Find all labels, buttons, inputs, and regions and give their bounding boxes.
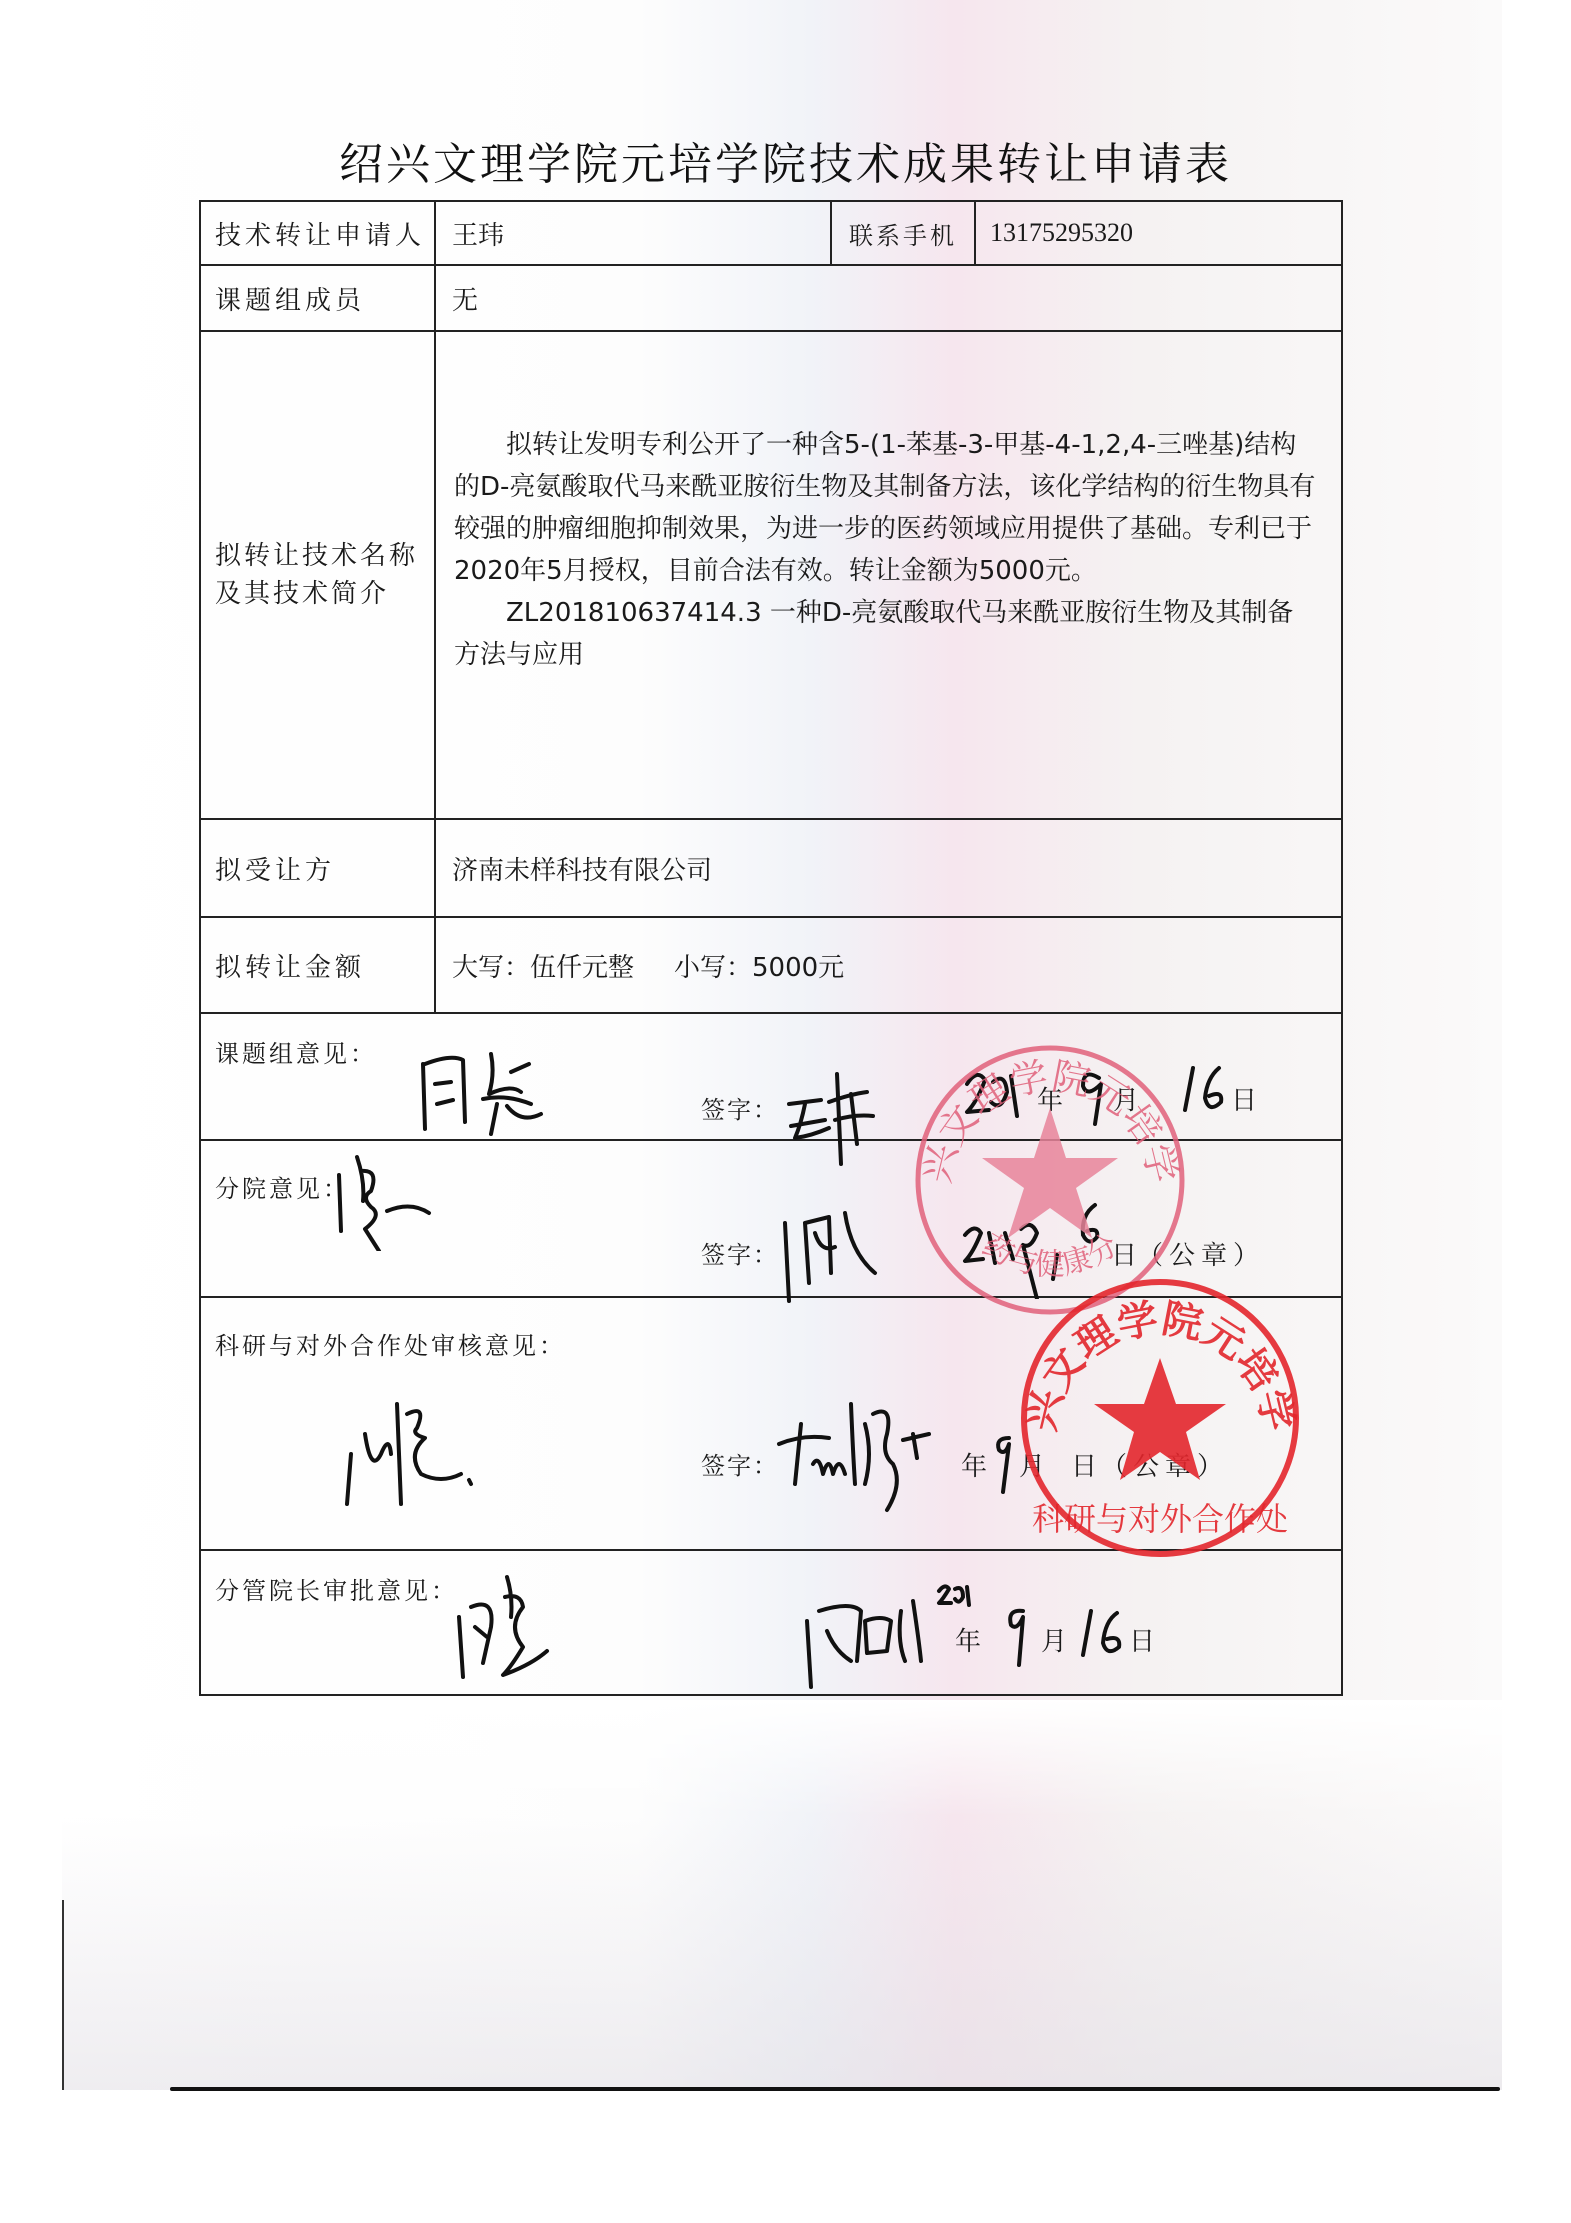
research-office-opinion-label: 科研与对外合作处审核意见： <box>215 1326 566 1361</box>
research-office-month-handwritten <box>989 1428 1019 1498</box>
team-day-unit: 日 <box>1231 1080 1257 1117</box>
paper-edge-bottom <box>170 2087 1500 2091</box>
branch-signature <box>775 1193 885 1303</box>
vice-president-month-unit: 月 <box>1041 1621 1067 1658</box>
research-office-signature <box>773 1394 943 1514</box>
research-office-seal-note: （公章） <box>1101 1446 1229 1483</box>
branch-opinion-handwriting <box>331 1151 441 1251</box>
amount-lowercase: 小写：5000元 <box>674 947 844 984</box>
branch-date-handwritten <box>961 1219 1071 1299</box>
applicant-label: 技术转让申请人 <box>201 202 436 264</box>
branch-sign-label: 签字： <box>701 1235 779 1270</box>
transferee-label: 拟受让方 <box>201 820 436 916</box>
branch-opinion-label: 分院意见： <box>215 1169 350 1204</box>
transferee-row: 拟受让方 济南未样科技有限公司 <box>199 820 1343 918</box>
branch-date-day-handwritten <box>1071 1201 1111 1251</box>
vice-president-month-handwritten <box>1001 1601 1031 1671</box>
research-office-year-unit: 年 <box>961 1446 987 1483</box>
amount-value: 大写：伍仟元整 小写：5000元 <box>436 918 1341 1012</box>
team-date-day-handwritten <box>1179 1058 1231 1118</box>
amount-label: 拟转让金额 <box>201 918 436 1012</box>
vice-president-opinion-handwriting <box>451 1567 561 1687</box>
team-opinion-handwriting <box>411 1034 571 1144</box>
vice-president-year-handwritten <box>935 1581 975 1611</box>
research-office-opinion-section: 科研与对外合作处审核意见： 签字： 年 月 日 （公章） <box>199 1298 1343 1551</box>
research-office-day-unit: 日 <box>1071 1446 1097 1483</box>
team-date-year-handwritten <box>961 1062 1031 1122</box>
team-opinion-section: 课题组意见： 签字： 年 月 日 <box>199 1014 1343 1141</box>
technology-label-line2: 及其技术简介 <box>215 575 418 613</box>
vice-president-opinion-label: 分管院长审批意见： <box>215 1571 458 1606</box>
vice-president-day-handwritten <box>1077 1601 1129 1661</box>
vice-president-opinion-section: 分管院长审批意见： 年 月 日 <box>199 1551 1343 1696</box>
applicant-row: 技术转让申请人 王玮 联系手机 13175295320 <box>199 200 1343 266</box>
vice-president-day-unit: 日 <box>1129 1621 1155 1658</box>
vice-president-year-unit: 年 <box>955 1621 981 1658</box>
technology-row: 拟转让技术名称 及其技术简介 拟转让发明专利公开了一种含5-(1-苯基-3-甲基… <box>199 332 1343 820</box>
application-form-table: 技术转让申请人 王玮 联系手机 13175295320 课题组成员 无 拟转让技… <box>199 200 1343 1696</box>
document-title: 绍兴文理学院元培学院技术成果转让申请表 <box>0 128 1571 192</box>
technology-description: 拟转让发明专利公开了一种含5-(1-苯基-3-甲基-4-1,2,4-三唑基)结构… <box>436 332 1341 818</box>
team-sign-label: 签字： <box>701 1090 779 1125</box>
team-members-value: 无 <box>436 266 1341 330</box>
branch-seal-note: （公章） <box>1137 1235 1265 1272</box>
technology-paragraph-2: ZL201810637414.3 一种D-亮氨酸取代马来酰亚胺衍生物及其制备方法… <box>454 592 1319 676</box>
research-office-opinion-handwriting <box>341 1394 481 1514</box>
research-office-sign-label: 签字： <box>701 1446 779 1481</box>
branch-day-unit: 日 <box>1111 1235 1137 1272</box>
team-year-unit: 年 <box>1037 1080 1063 1117</box>
technology-paragraph-1: 拟转让发明专利公开了一种含5-(1-苯基-3-甲基-4-1,2,4-三唑基)结构… <box>454 424 1319 592</box>
phone-label: 联系手机 <box>830 202 976 264</box>
amount-row: 拟转让金额 大写：伍仟元整 小写：5000元 <box>199 918 1343 1014</box>
technology-label-line1: 拟转让技术名称 <box>215 537 418 575</box>
phone-value: 13175295320 <box>978 202 1341 264</box>
team-date-month-handwritten <box>1073 1058 1113 1128</box>
branch-opinion-section: 分院意见： 签字： 日 （公章） <box>199 1141 1343 1298</box>
technology-label: 拟转让技术名称 及其技术简介 <box>201 332 436 818</box>
vice-president-signature <box>801 1581 941 1691</box>
transferee-value: 济南未样科技有限公司 <box>436 820 1341 916</box>
team-members-label: 课题组成员 <box>201 266 436 330</box>
team-month-unit: 月 <box>1113 1080 1139 1117</box>
team-opinion-label: 课题组意见： <box>215 1034 377 1069</box>
amount-uppercase: 大写：伍仟元整 <box>452 947 634 984</box>
paper-shadow <box>62 1700 1502 2090</box>
team-members-row: 课题组成员 无 <box>199 266 1343 332</box>
research-office-month-unit: 月 <box>1019 1446 1045 1483</box>
paper-edge-left <box>62 1900 64 2090</box>
